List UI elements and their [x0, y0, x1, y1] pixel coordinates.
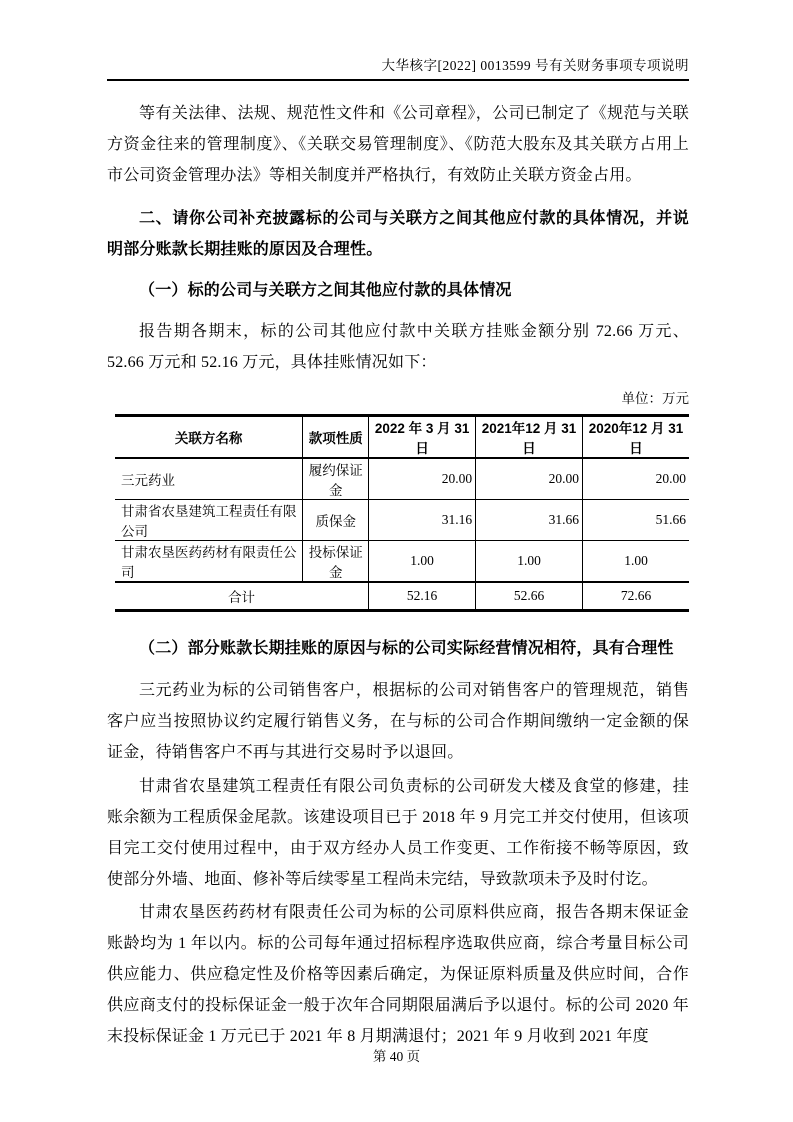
column-header-2021: 2021年12 月 31 日	[476, 416, 583, 459]
cell-nature: 投标保证金	[303, 541, 369, 583]
cell-2021-value: 20.00	[476, 458, 583, 500]
cell-2021-value: 31.66	[476, 500, 583, 541]
cell-party-name: 甘肃省农垦建筑工程责任有限公司	[115, 500, 303, 541]
document-reference: 大华核字[2022] 0013599 号有关财务事项专项说明	[382, 58, 690, 73]
page-header: 大华核字[2022] 0013599 号有关财务事项专项说明	[107, 54, 689, 81]
cell-nature: 质保金	[303, 500, 369, 541]
column-header-2020: 2020年12 月 31 日	[583, 416, 690, 459]
subsection-heading-2: （二）部分账款长期挂账的原因与标的公司实际经营情况相符，具有合理性	[107, 633, 689, 664]
cell-total-2021: 52.66	[476, 582, 583, 611]
paragraph-regulations: 等有关法律、法规、规范性文件和《公司章程》，公司已制定了《规范与关联方资金往来的…	[107, 98, 689, 191]
table-unit-label: 单位：万元	[107, 391, 689, 407]
column-header-2022: 2022 年 3 月 31 日	[369, 416, 476, 459]
document-page: 大华核字[2022] 0013599 号有关财务事项专项说明 等有关法律、法规、…	[0, 0, 793, 1122]
paragraph-balances-intro: 报告期各期末，标的公司其他应付款中关联方挂账金额分别 72.66 万元、52.6…	[107, 316, 689, 378]
cell-total-2020: 72.66	[583, 582, 690, 611]
cell-party-name: 甘肃农垦医药药材有限责任公司	[115, 541, 303, 583]
related-party-payables-table: 关联方名称 款项性质 2022 年 3 月 31 日 2021年12 月 31 …	[115, 414, 689, 612]
page-number: 第 40 页	[0, 1045, 793, 1065]
table-row: 甘肃农垦医药药材有限责任公司 投标保证金 1.00 1.00 1.00	[115, 541, 689, 583]
paragraph-construction-explanation: 甘肃省农垦建筑工程责任有限公司负责标的公司研发大楼及食堂的修建，挂账余额为工程质…	[107, 771, 689, 895]
cell-2020-value: 1.00	[583, 541, 690, 583]
table-total-row: 合计 52.16 52.66 72.66	[115, 582, 689, 611]
column-header-related-party: 关联方名称	[115, 416, 303, 459]
cell-2020-value: 51.66	[583, 500, 690, 541]
table-row: 甘肃省农垦建筑工程责任有限公司 质保金 31.16 31.66 51.66	[115, 500, 689, 541]
cell-2022-value: 20.00	[369, 458, 476, 500]
column-header-nature: 款项性质	[303, 416, 369, 459]
cell-total-label: 合计	[115, 582, 369, 611]
subsection-heading-1: （一）标的公司与关联方之间其他应付款的具体情况	[107, 275, 689, 306]
cell-2021-value: 1.00	[476, 541, 583, 583]
cell-2022-value: 31.16	[369, 500, 476, 541]
cell-nature: 履约保证金	[303, 458, 369, 500]
paragraph-supplier-explanation: 甘肃农垦医药药材有限责任公司为标的公司原料供应商，报告各期末保证金账龄均为 1 …	[107, 897, 689, 1052]
cell-2020-value: 20.00	[583, 458, 690, 500]
cell-total-2022: 52.16	[369, 582, 476, 611]
section-heading-2: 二、请你公司补充披露标的公司与关联方之间其他应付款的具体情况，并说明部分账款长期…	[107, 203, 689, 265]
paragraph-sanyuan-explanation: 三元药业为标的公司销售客户，根据标的公司对销售客户的管理规范，销售客户应当按照协…	[107, 675, 689, 768]
cell-party-name: 三元药业	[115, 458, 303, 500]
table-row: 三元药业 履约保证金 20.00 20.00 20.00	[115, 458, 689, 500]
cell-2022-value: 1.00	[369, 541, 476, 583]
table-header-row: 关联方名称 款项性质 2022 年 3 月 31 日 2021年12 月 31 …	[115, 416, 689, 459]
